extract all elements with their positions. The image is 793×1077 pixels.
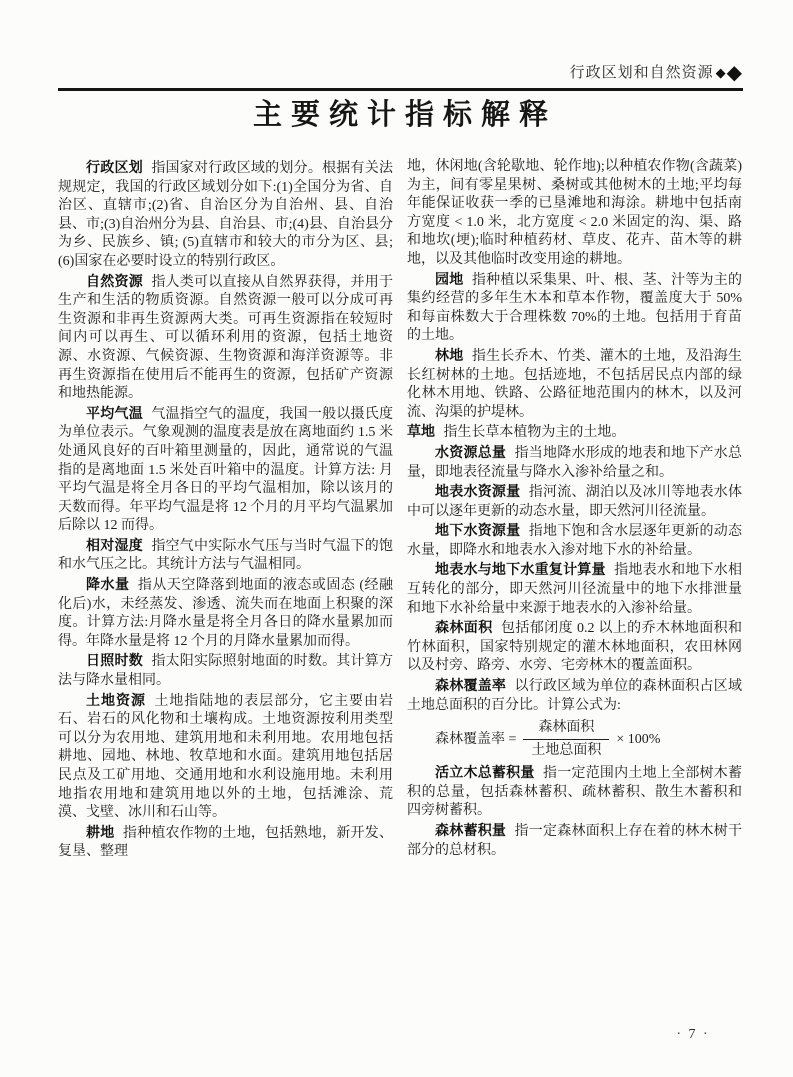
paragraph: 土地资源土地指陆地的表层部分，它主要由岩石、岩石的风化物和土壤构成。土地资源按利… — [58, 691, 393, 823]
indicator-term: 日照时数 — [86, 652, 143, 668]
indicator-term: 平均气温 — [86, 405, 143, 421]
indicator-term: 地表水与地下水重复计算量 — [435, 561, 606, 577]
paragraph: 耕地指种植农作物的土地，包括熟地，新开发、复垦、整理 — [58, 823, 393, 862]
indicator-term: 林地 — [435, 347, 463, 363]
definition-text: 指生长草本植物为主的土地。 — [443, 425, 625, 440]
paragraph: 园地指种植以采集果、叶、根、茎、汁等为主的集约经营的多年生木本和草本作物，覆盖度… — [407, 270, 742, 346]
paragraph: 日照时数指太阳实际照射地面的时数。其计算方法与降水量相同。 — [58, 651, 393, 690]
formula-rhs: × 100% — [616, 731, 660, 749]
header-section-title: 行政区划和自然资源 — [570, 64, 714, 81]
paragraph: 林地指生长乔木、竹类、灌木的土地，及沿海生长红树林的土地。包括迹地，不包括居民点… — [407, 346, 742, 422]
paragraph: 地，休闲地(含轮歇地、轮作地);以种植农作物(含蔬菜)为主，间有零星果树、桑树或… — [407, 158, 742, 270]
paragraph: 地表水资源量指河流、湖泊以及冰川等地表水体中可以逐年更新的动态水量，即天然河川径… — [407, 482, 742, 521]
indicator-term: 森林覆盖率 — [435, 677, 506, 693]
paragraph: 森林面积包括郁闭度 0.2 以上的乔木林地面积和竹林面积，国家特别规定的灌木林地… — [407, 618, 742, 676]
indicator-term: 相对湿度 — [86, 537, 143, 553]
definition-text: 地，休闲地(含轮歇地、轮作地);以种植农作物(含蔬菜)为主，间有零星果树、桑树或… — [407, 159, 742, 267]
indicator-term: 耕地 — [86, 824, 114, 840]
paragraph: 平均气温气温指空气的温度，我国一般以摄氏度为单位表示。气象观测的温度表是放在离地… — [58, 404, 393, 536]
paragraph: 相对湿度指空气中实际水气压与当时气温下的饱和水气压之比。其统计方法与气温相同。 — [58, 536, 393, 575]
page-title: 主要统计指标解释 — [58, 92, 743, 133]
paragraph: 森林覆盖率以行政区域为单位的森林面积占区域土地总面积的百分比。计算公式为: — [407, 676, 742, 715]
formula-denominator: 土地总面积 — [523, 739, 609, 760]
paragraph: 水资源总量指当地降水形成的地表和地下产水总量，即地表径流量与降水入渗补给量之和。 — [407, 443, 742, 482]
indicator-term: 行政区划 — [86, 159, 143, 175]
page-header: 行政区划和自然资源◆◆ — [58, 60, 743, 91]
formula-lhs: 森林覆盖率 = — [435, 731, 516, 749]
paragraph: 自然资源指人类可以直接从自然界获得，并用于生产和生活的物质资源。自然资源一般可以… — [58, 272, 393, 404]
definition-text: 指国家对行政区域的划分。根据有关法规规定，我国的行政区域划分如下:(1)全国分为… — [58, 161, 393, 269]
paragraph: 地表水与地下水重复计算量指地表水和地下水相互转化的部分，即天然河川径流量中的地下… — [407, 560, 742, 618]
definition-text: 气温指空气的温度，我国一般以摄氏度为单位表示。气象观测的温度表是放在离地面约 1… — [58, 407, 393, 534]
indicator-term: 森林面积 — [435, 619, 493, 635]
indicator-term: 草地 — [407, 423, 435, 439]
paragraph: 地下水资源量指地下饱和含水层逐年更新的动态水量，即降水和地表水入渗对地下水的补给… — [407, 521, 742, 560]
column-right: 地，休闲地(含轮歇地、轮作地);以种植农作物(含蔬菜)为主，间有零星果树、桑树或… — [407, 158, 742, 862]
indicator-term: 地下水资源量 — [435, 522, 520, 538]
forest-coverage-formula: 森林覆盖率 =森林面积土地总面积× 100% — [407, 719, 742, 760]
definition-text: 指人类可以直接从自然界获得，并用于生产和生活的物质资源。自然资源一般可以分成可再… — [58, 275, 393, 402]
diamond-icon-large: ◆ — [727, 62, 743, 84]
diamond-icon-small: ◆ — [716, 65, 727, 80]
indicator-term: 活立木总蓄积量 — [435, 764, 535, 780]
indicator-term: 园地 — [435, 271, 463, 287]
indicator-term: 水资源总量 — [435, 444, 506, 460]
indicator-term: 森林蓄积量 — [435, 822, 506, 838]
indicator-term: 降水量 — [86, 576, 130, 592]
column-left: 行政区划指国家对行政区域的划分。根据有关法规规定，我国的行政区域划分如下:(1)… — [58, 158, 393, 862]
paragraph: 森林蓄积量指一定森林面积上存在着的林木树干部分的总材积。 — [407, 821, 742, 860]
indicator-term: 地表水资源量 — [435, 483, 520, 499]
content-columns: 行政区划指国家对行政区域的划分。根据有关法规规定，我国的行政区域划分如下:(1)… — [58, 158, 742, 862]
indicator-term: 土地资源 — [86, 692, 146, 708]
paragraph: 活立木总蓄积量指一定范围内土地上全部树木蓄积的总量，包括森林蓄积、疏林蓄积、散生… — [407, 763, 742, 821]
formula-fraction: 森林面积土地总面积 — [523, 719, 609, 760]
paragraph: 草地指生长草本植物为主的土地。 — [407, 422, 742, 443]
definition-text: 土地指陆地的表层部分，它主要由岩石、岩石的风化物和土壤构成。土地资源按利用类型可… — [58, 694, 393, 821]
indicator-term: 自然资源 — [86, 273, 143, 289]
page-number: · 7 · — [648, 1027, 738, 1043]
paragraph: 行政区划指国家对行政区域的划分。根据有关法规规定，我国的行政区域划分如下:(1)… — [58, 158, 393, 272]
paragraph: 降水量指从天空降落到地面的液态或固态 (经融化后)水，未经蒸发、渗透、流失而在地… — [58, 575, 393, 651]
formula-numerator: 森林面积 — [523, 719, 609, 739]
